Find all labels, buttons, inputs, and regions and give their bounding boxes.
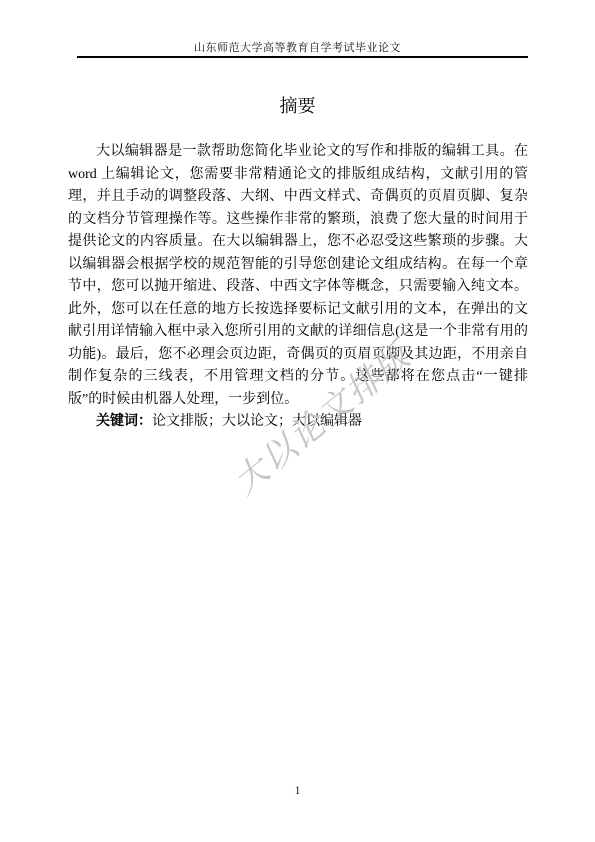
document-page: 山东师范大学高等教育自学考试毕业论文 摘要 大以编辑器是一款帮助您简化毕业论文的… <box>0 0 595 842</box>
abstract-paragraph: 大以编辑器是一款帮助您简化毕业论文的写作和排版的编辑工具。在 word 上编辑论… <box>68 141 528 411</box>
header-rule <box>77 56 528 58</box>
abstract-title: 摘要 <box>0 92 595 118</box>
abstract-content: 大以编辑器是一款帮助您简化毕业论文的写作和排版的编辑工具。在 word 上编辑论… <box>68 141 528 434</box>
page-header-text: 山东师范大学高等教育自学考试毕业论文 <box>0 39 595 55</box>
keywords-text: 论文排版；大以论文；大以编辑器 <box>152 414 362 429</box>
keywords-line: 关键词：论文排版；大以论文；大以编辑器 <box>68 411 528 434</box>
keywords-label: 关键词： <box>96 414 152 429</box>
page-number: 1 <box>0 783 595 798</box>
